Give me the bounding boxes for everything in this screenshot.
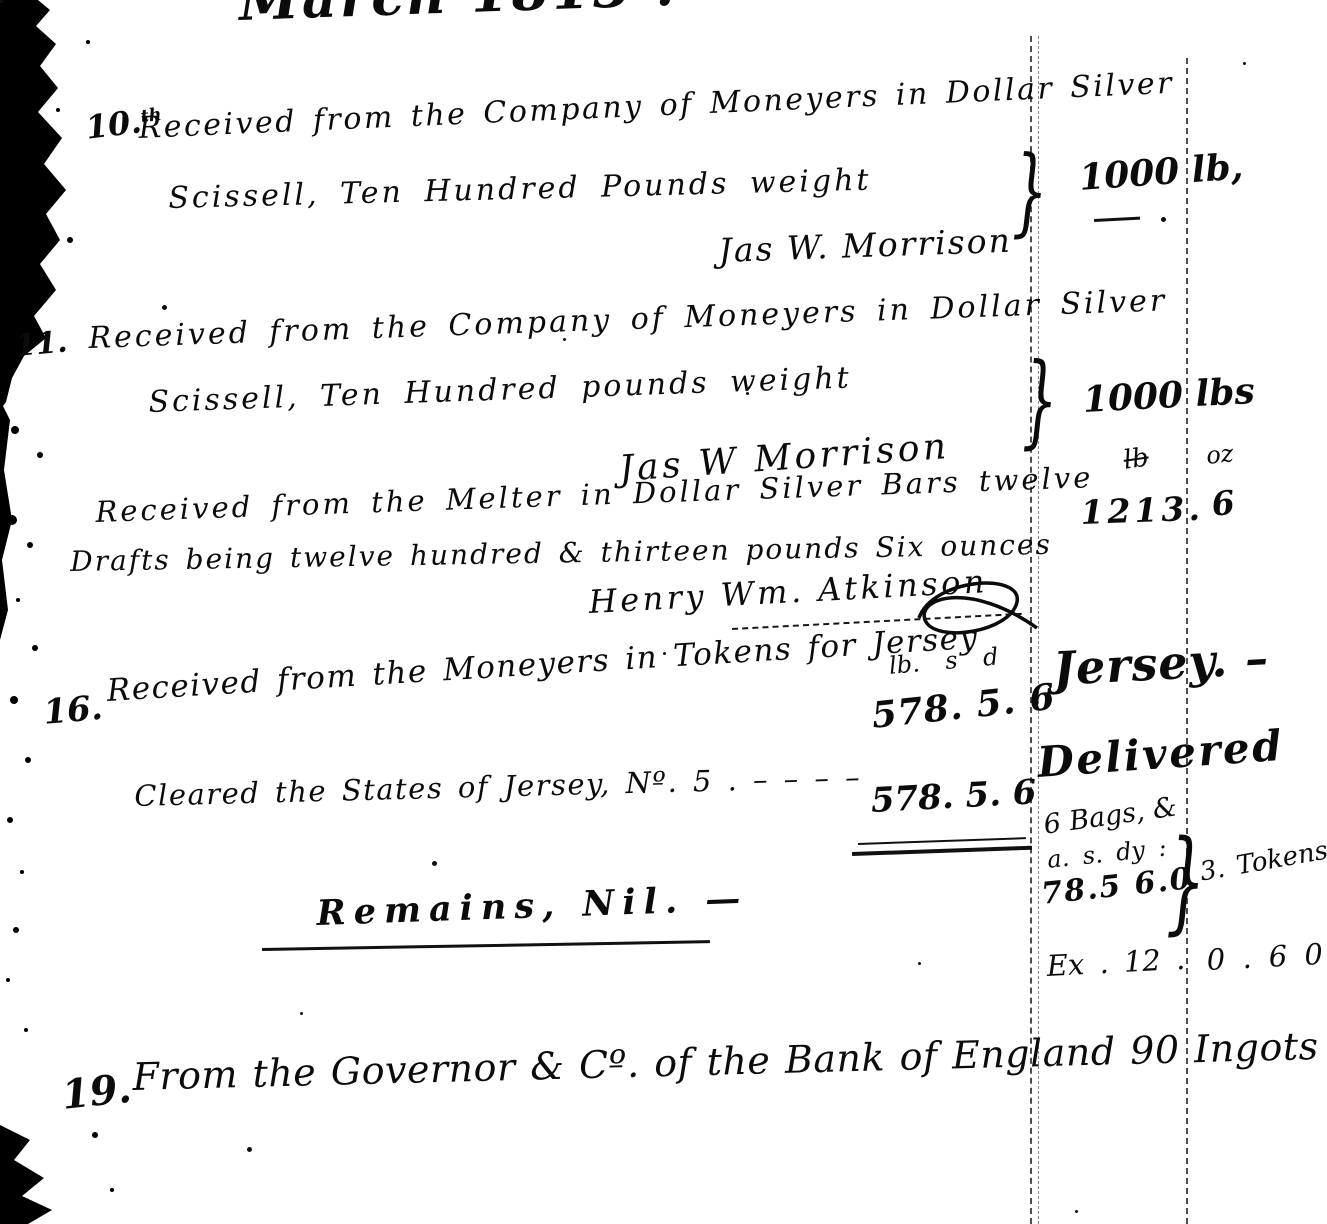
entry-10-amount-underline: [1094, 217, 1140, 222]
melter-amount-oz: 6: [1210, 486, 1236, 521]
total-rule-thick: [852, 846, 1032, 856]
torn-paper-edge-artifact: [0, 0, 160, 1224]
margin-jersey-label: Jersey. –: [1052, 635, 1270, 692]
entry-10-brace: }: [1012, 146, 1048, 241]
entry-16-day: 16.: [42, 691, 104, 730]
entry-11-line-1: Received from the Company of Moneyers in…: [88, 286, 1168, 354]
margin-ex-label: Ex . 12 .: [1046, 945, 1186, 981]
entry-16-amount-2: 578. 5. 6: [870, 775, 1037, 818]
entry-10-day-number: 10.: [84, 102, 144, 147]
melter-unit-oz-label: oz: [1205, 441, 1234, 468]
ledger-page: March 1813 . — 10.th Received from the C…: [0, 0, 1327, 1224]
remains-underline: [262, 940, 710, 951]
margin-bags-line-1: 6 Bags, &: [1042, 793, 1179, 838]
entry-11-brace: }: [1022, 352, 1058, 453]
margin-brace: }: [1166, 826, 1205, 938]
melter-unit-lb-label: lb: [1122, 445, 1150, 474]
melter-amount-lb: 1213.: [1080, 492, 1204, 529]
total-rule-thin: [858, 837, 1026, 845]
melter-entry-line-1: Received from the Melter in Dollar Silve…: [95, 463, 1094, 527]
margin-delivered-label: Delivered: [1036, 725, 1285, 784]
entry-10-amount: 1000 lb,: [1078, 149, 1244, 196]
entry-19-line-1: From the Governor & Cº. of the Bank of E…: [132, 1021, 1327, 1096]
entry-10-line-1: Received from the Company of Moneyers in…: [138, 69, 1175, 144]
entry-10-signature: Jas W. Morrison: [718, 224, 1012, 267]
margin-ex-amount: 0 . 6 0: [1206, 940, 1324, 975]
entry-19-day: 19.: [60, 1069, 133, 1116]
margin-tokens-note: 3. Tokens: [1198, 838, 1327, 886]
entry-11-amount: 1000 lbs: [1082, 373, 1255, 418]
scan-noise-specks: [0, 0, 3, 3]
entry-11-day: 11.: [14, 327, 69, 361]
entry-16-units-header: lb. s d: [888, 644, 999, 677]
entry-11-line-2: Scissell, Ten Hundred pounds weight: [148, 363, 852, 418]
entry-16-line-2: Cleared the States of Jersey, Nº. 5 . – …: [134, 763, 861, 811]
entry-16-line-1: Received from the Moneyers in Tokens for…: [106, 623, 979, 707]
entry-10-line-2: Scissell, Ten Hundred Pounds weight: [168, 166, 872, 214]
page-title: March 1813 . —: [238, 0, 756, 28]
remains-line: Remains, Nil. —: [316, 881, 749, 931]
